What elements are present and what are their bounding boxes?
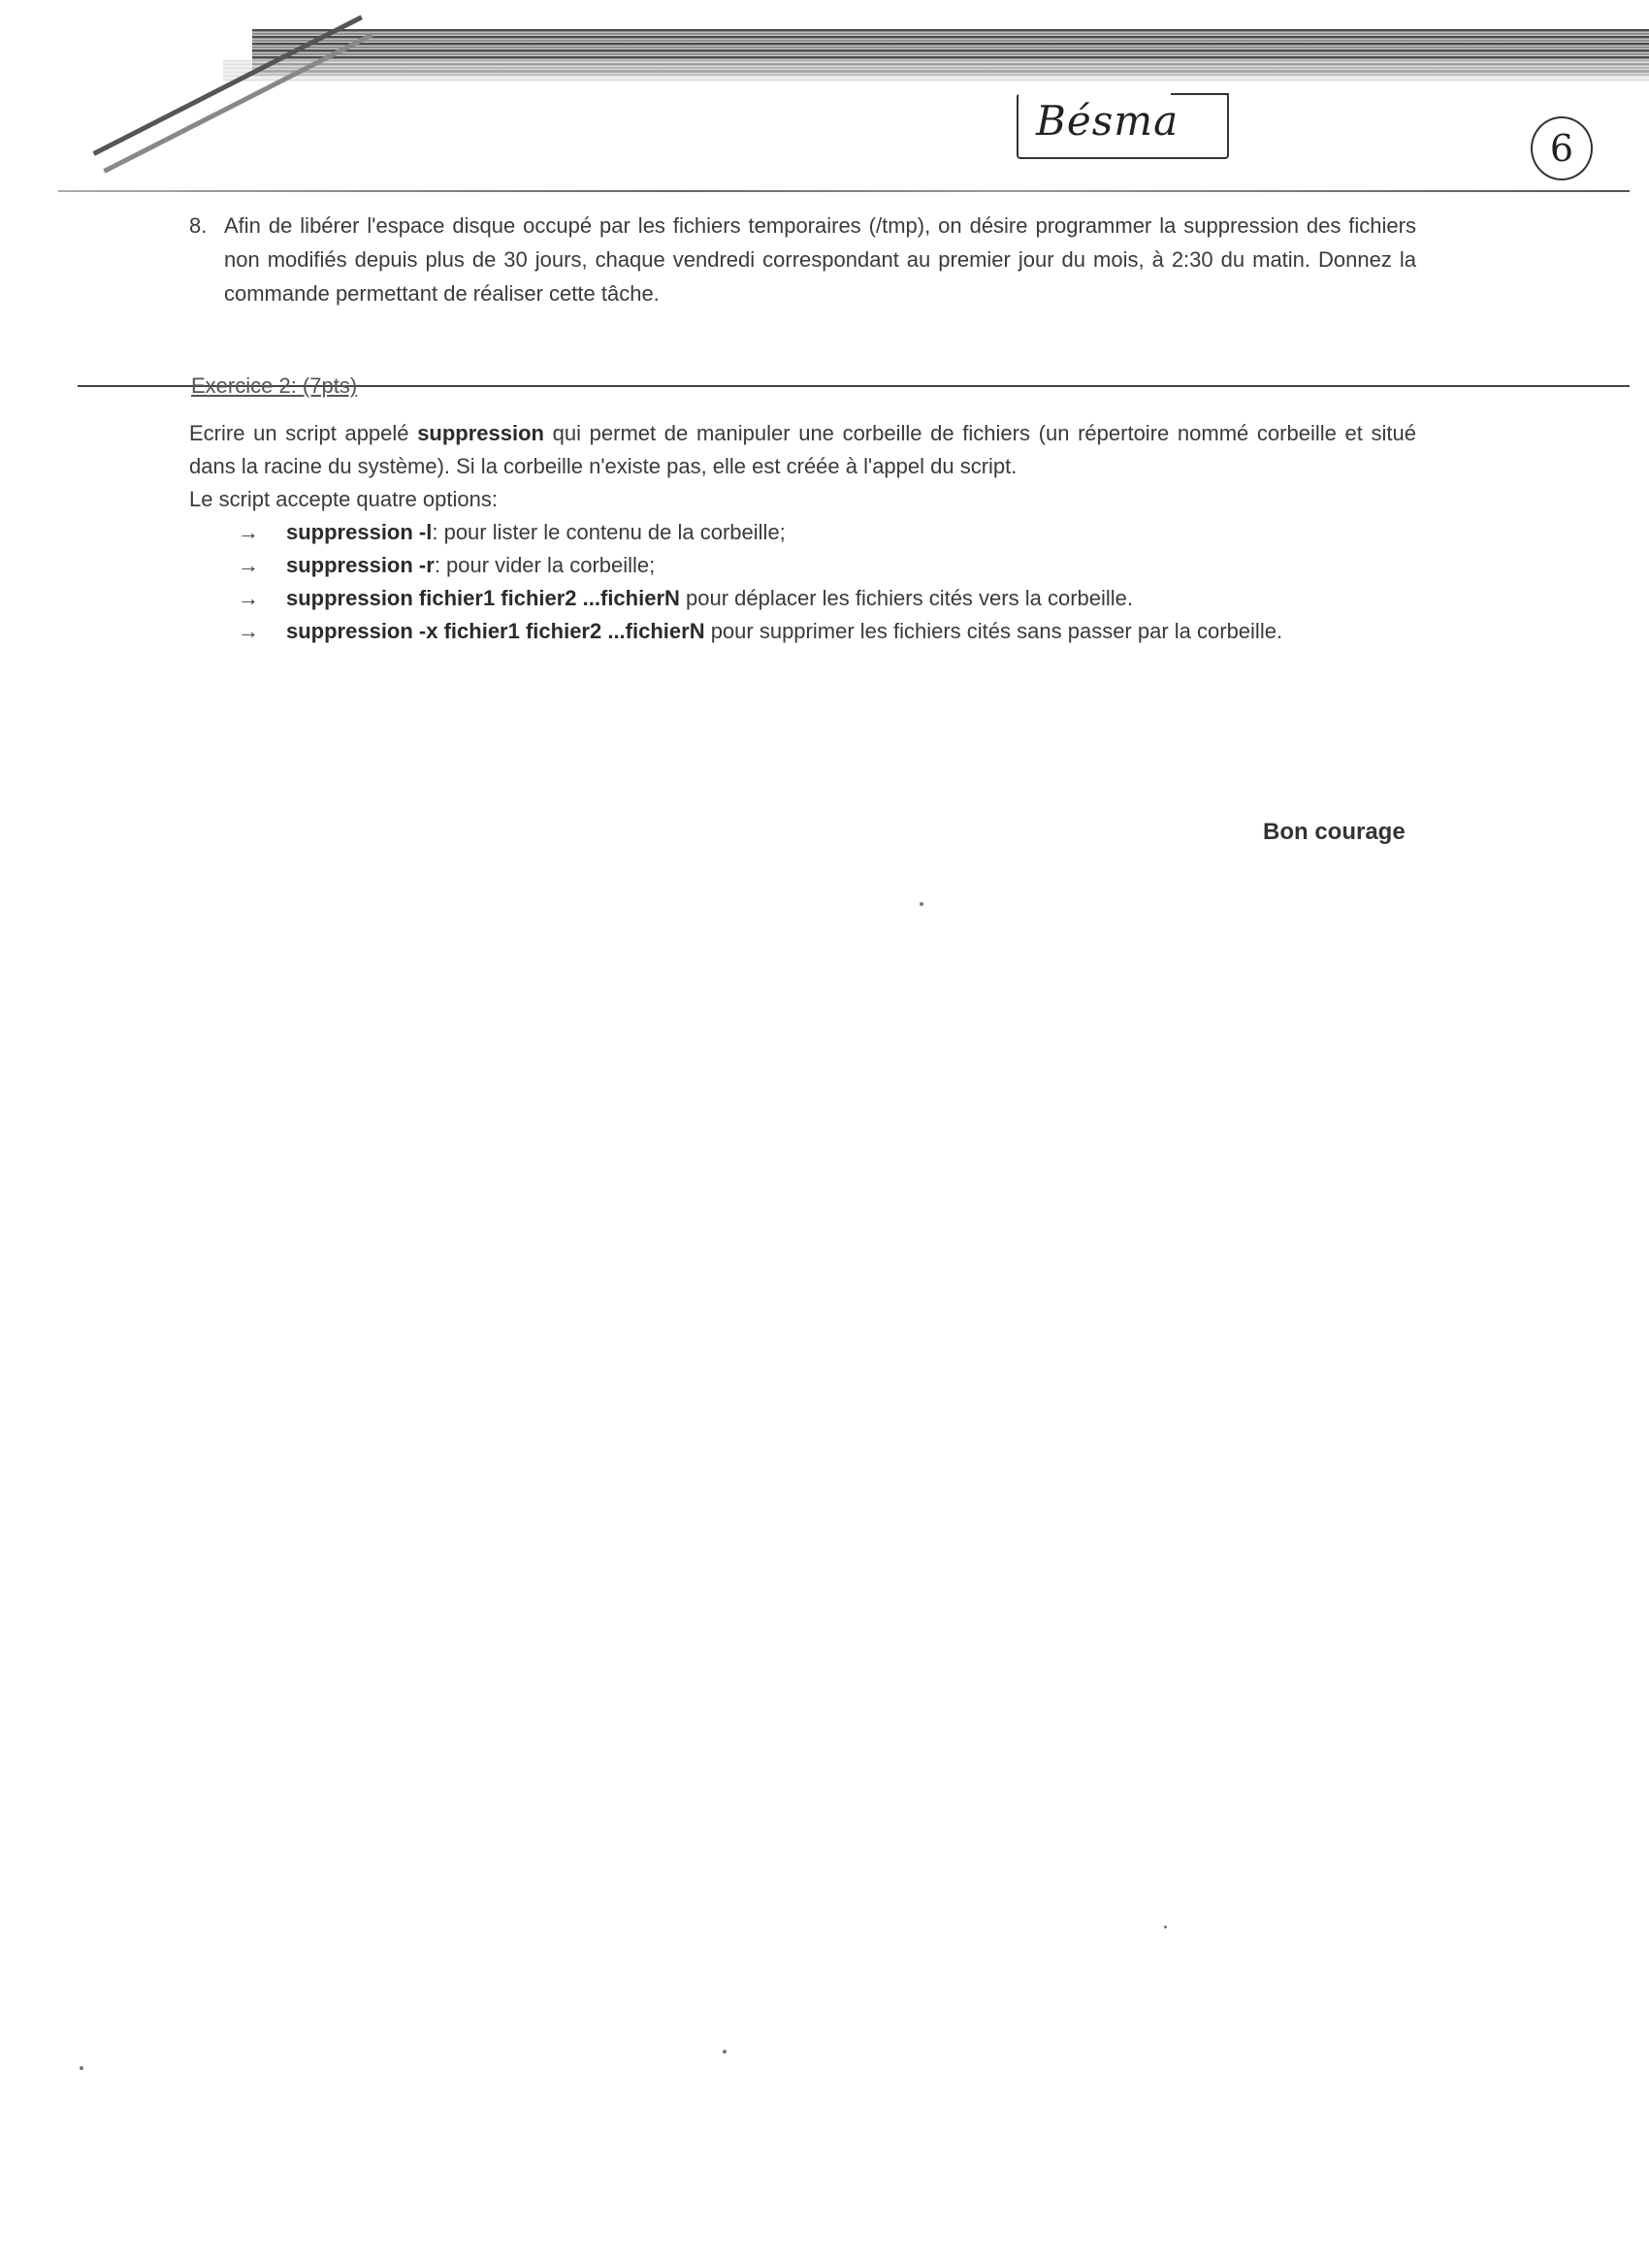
scan-speck — [920, 902, 923, 906]
option-command: suppression fichier1 fichier2 ...fichier… — [286, 586, 680, 610]
closing-text: Bon courage — [1263, 819, 1406, 846]
question-number: 8. — [189, 209, 207, 243]
scan-artifact-diagonal — [93, 16, 363, 156]
exercise-body: Ecrire un script appelé suppression qui … — [189, 417, 1416, 648]
list-item: →suppression -l: pour lister le contenu … — [189, 516, 1416, 549]
exercise-title: Exercice 2: (7pts) — [191, 373, 357, 399]
scan-speck — [80, 2066, 83, 2070]
arrow-icon: → — [238, 615, 259, 648]
list-item: →suppression -x fichier1 fichier2 ...fic… — [189, 615, 1416, 648]
header-rule — [58, 190, 1630, 192]
scan-artifact-fade — [223, 60, 1649, 81]
scan-speck — [723, 2050, 727, 2054]
arrow-icon: → — [238, 516, 259, 549]
option-description: : pour vider la corbeille; — [435, 553, 655, 577]
options-list: →suppression -l: pour lister le contenu … — [189, 516, 1416, 648]
question-text: Afin de libérer l'espace disque occupé p… — [224, 213, 1416, 306]
option-description: pour supprimer les fichiers cités sans p… — [705, 619, 1282, 643]
exercise-intro: Ecrire un script appelé suppression qui … — [189, 417, 1416, 483]
list-item: →suppression fichier1 fichier2 ...fichie… — [189, 582, 1416, 615]
question-8: 8. Afin de libérer l'espace disque occup… — [189, 209, 1416, 310]
student-name-box: Bésma — [1017, 93, 1229, 159]
list-item: →suppression -r: pour vider la corbeille… — [189, 549, 1416, 582]
grade-circle: 6 — [1531, 116, 1593, 180]
arrow-icon: → — [238, 549, 259, 582]
options-intro: Le script accepte quatre options: — [189, 483, 1416, 516]
scan-artifact-diagonal — [103, 33, 372, 174]
grade-value: 6 — [1550, 127, 1573, 170]
arrow-icon: → — [238, 582, 259, 615]
option-command: suppression -r — [286, 553, 435, 577]
option-description: pour déplacer les fichiers cités vers la… — [680, 586, 1133, 610]
option-command: suppression -x fichier1 fichier2 ...fich… — [286, 619, 705, 643]
option-description: : pour lister le contenu de la corbeille… — [432, 520, 785, 544]
scan-speck — [1164, 1926, 1167, 1928]
option-command: suppression -l — [286, 520, 432, 544]
script-name: suppression — [417, 421, 544, 445]
student-name: Bésma — [1036, 97, 1179, 145]
intro-text: Ecrire un script appelé — [189, 421, 417, 445]
